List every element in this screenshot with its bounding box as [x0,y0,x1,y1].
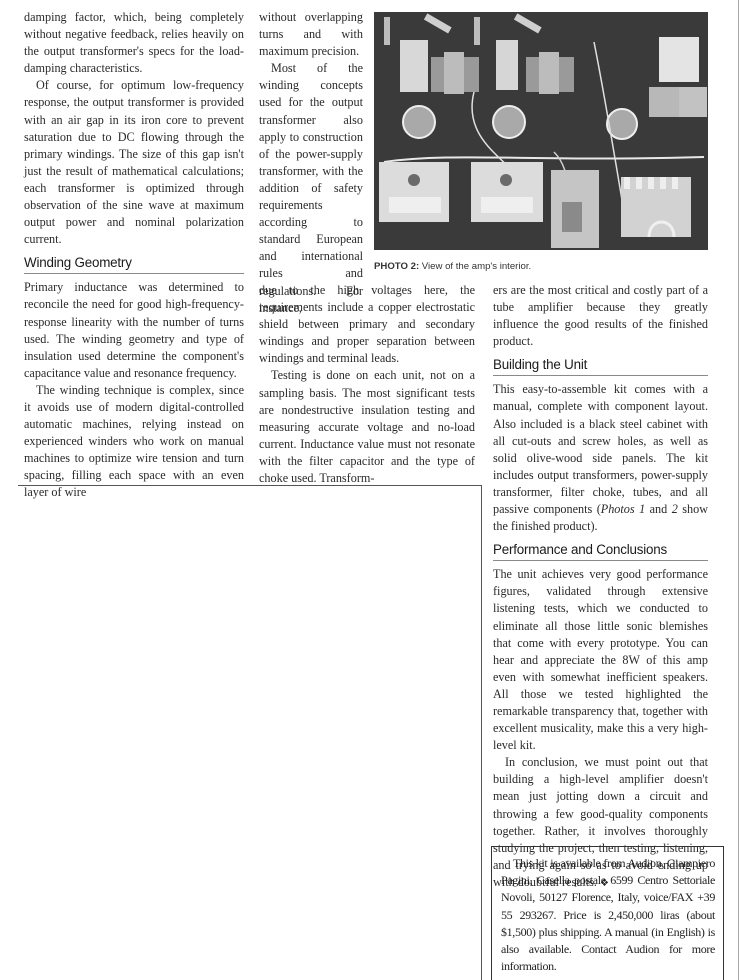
paragraph: Most of the winding concepts used for th… [259,60,363,316]
photo-caption-text: View of the amp's interior. [419,261,531,272]
paragraph: Of course, for optimum low-frequency res… [24,77,244,248]
sidebar-text: This kit is available from Audion, Giamp… [501,855,715,975]
text-run: and [645,502,672,516]
column-2-upper: without overlapping turns and with maxim… [259,9,363,317]
column-3: ers are the most critical and costly par… [493,282,708,892]
italic-photo-ref: Photos 1 [601,502,645,516]
paragraph: The unit achieves very good performance … [493,566,708,754]
horizontal-divider [18,485,482,486]
paragraph: damping factor, which, being completely … [24,9,244,77]
photo-caption: PHOTO 2: View of the amp's interior. [374,261,531,272]
section-heading-winding-geometry: Winding Geometry [24,254,244,274]
section-heading-building-the-unit: Building the Unit [493,356,708,376]
paragraph: due to the high voltages here, the requi… [259,282,475,367]
paragraph: without overlapping turns and with maxim… [259,9,363,60]
amp-interior-image [374,12,708,250]
text-run: This easy-to-assemble kit comes with a m… [493,382,708,516]
paragraph: The winding technique is complex, since … [24,382,244,502]
section-heading-performance-and-conclusions: Performance and Conclusions [493,541,708,561]
column-2-lower: due to the high voltages here, the requi… [259,282,475,487]
photo-label: PHOTO 2: [374,261,419,272]
paragraph: Primary inductance was determined to rec… [24,279,244,382]
photo-amp-interior [374,12,708,250]
paragraph: Testing is done on each unit, not on a s… [259,367,475,487]
column-1: damping factor, which, being completely … [24,9,244,502]
paragraph: ers are the most critical and costly par… [493,282,708,350]
availability-sidebar-box: This kit is available from Audion, Giamp… [491,846,724,980]
vertical-divider [481,485,482,980]
page-edge-line [738,0,739,980]
paragraph: This easy-to-assemble kit comes with a m… [493,381,708,535]
